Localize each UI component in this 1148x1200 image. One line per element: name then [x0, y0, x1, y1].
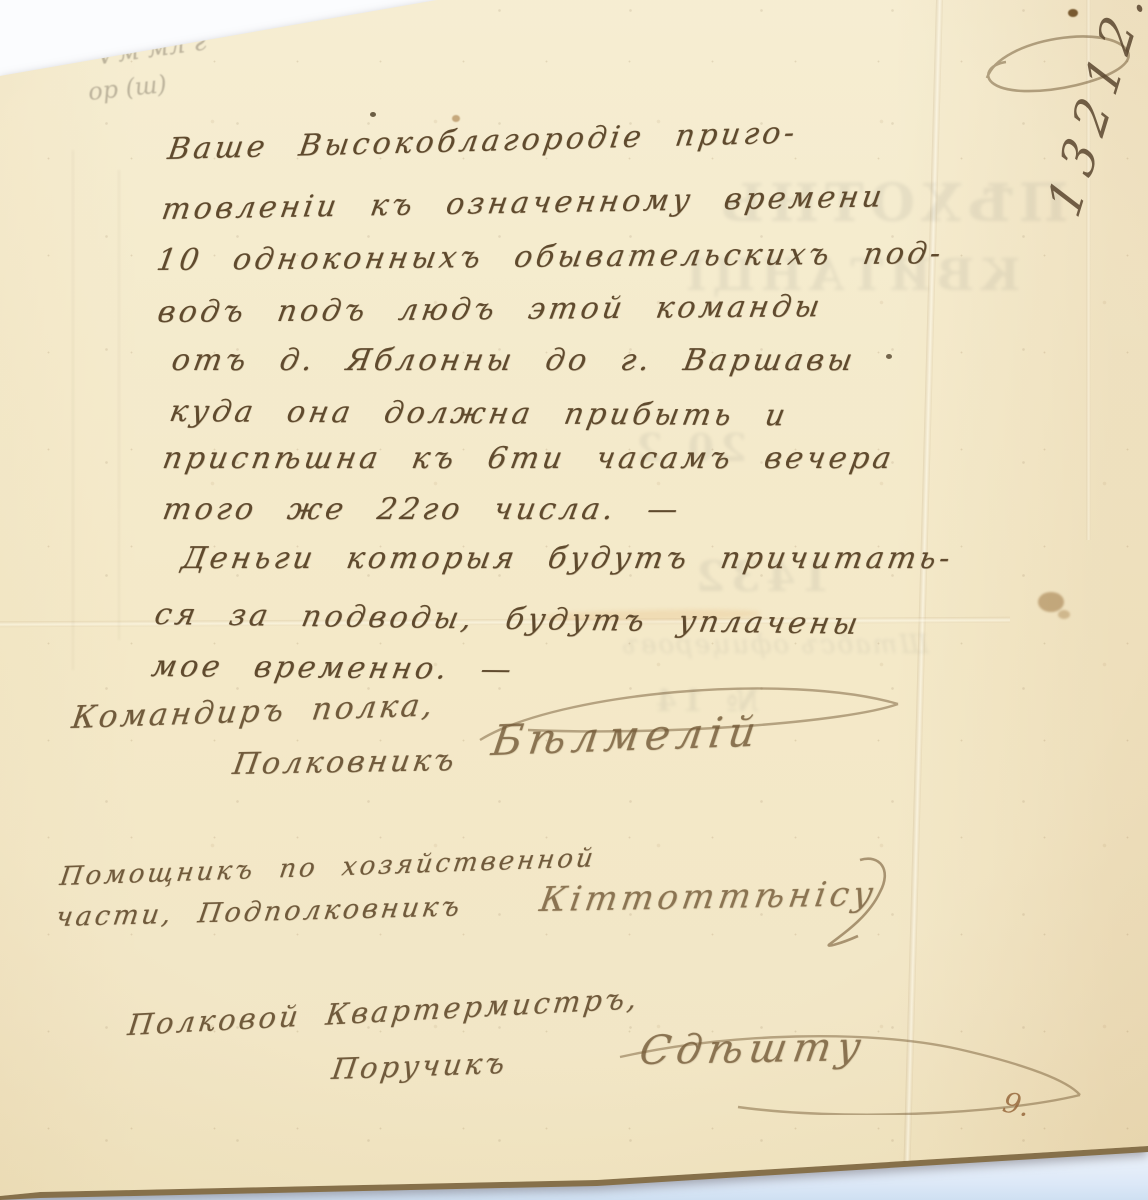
manuscript-line: водъ подъ людъ этой команды — [158, 289, 823, 330]
signature-autograph: Сдѣшту — [640, 1024, 867, 1074]
signature-role-line: части, Подполковникъ — [56, 891, 463, 933]
manuscript-line: того же 22го числа. — — [163, 492, 681, 527]
fleck — [452, 115, 460, 122]
page-number: 9. — [1000, 1086, 1033, 1124]
manuscript-line: куда она должна прибыть и — [170, 394, 788, 433]
bleedthrough-table-line — [72, 150, 74, 670]
signature-role-line: Поручикъ — [331, 1046, 508, 1086]
registry-number: 13212. — [1038, 0, 1148, 226]
pencil-note: ор (ш) — [87, 70, 168, 106]
signature-role-line: Полковой Квартермистръ, — [127, 981, 640, 1042]
scanned-document-page: ПѢХОТНЬ КВИТАНЦІ 20 2 1432 Штабсъ офицер… — [0, 0, 1148, 1200]
pencil-note: Ѵм мл г — [93, 26, 208, 71]
ink-dot — [1068, 9, 1078, 17]
manuscript-line: ся за подводы, будутъ уплачены — [155, 597, 861, 642]
signature-role-line: Помощникъ по хозяйственной — [59, 843, 596, 892]
manuscript-line: Деньги которыя будутъ причитать- — [182, 541, 953, 576]
bleedthrough-table-line — [118, 170, 120, 640]
signature-role-line: Полковникъ — [233, 743, 457, 782]
manuscript-line: Ваше Высокоблагородіе приго- — [168, 116, 799, 167]
paper-sheet: ПѢХОТНЬ КВИТАНЦІ 20 2 1432 Штабсъ офицер… — [0, 0, 1148, 1200]
brown-blot — [1038, 592, 1064, 612]
signature-autograph: Бѣлмелій — [491, 707, 762, 765]
paper-surface: ПѢХОТНЬ КВИТАНЦІ 20 2 1432 Штабсъ офицер… — [0, 0, 1148, 1200]
manuscript-line: приспѣшна къ 6ти часамъ вечера — [163, 441, 894, 476]
manuscript-line: мое временно. — — [152, 649, 515, 687]
signature-role-line: Командиръ полка, — [71, 687, 435, 736]
manuscript-line: 10 одноконныхъ обывательскихъ под- — [157, 236, 944, 278]
signature-autograph: Кіттоттѣнісу — [540, 874, 877, 920]
brown-blot — [1058, 610, 1070, 619]
fleck — [370, 112, 376, 117]
fleck — [886, 354, 892, 359]
manuscript-line: отъ д. Яблонны до г. Варшавы — [172, 343, 856, 378]
